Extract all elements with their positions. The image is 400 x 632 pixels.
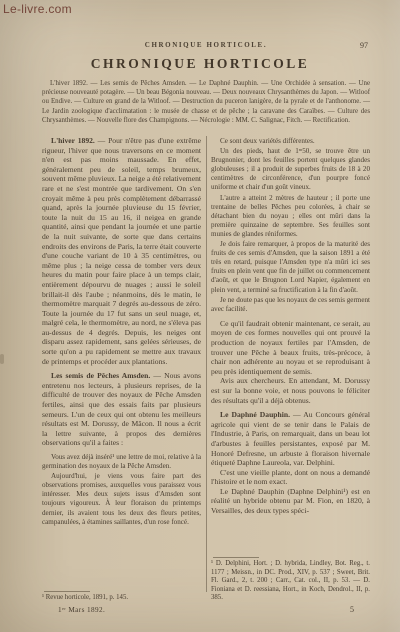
quoted-letter-paragraph: Ce sont deux variétés différentes. — [211, 137, 370, 146]
page-title: CHRONIQUE HORTICOLE — [0, 56, 400, 72]
column-divider-rule — [206, 136, 207, 592]
footnote-right: ¹ D. Delphini, Hort. ; D. hybrida, Lindl… — [211, 560, 370, 603]
paragraph-hiver: L'hiver 1892. — Pour n'être pas d'une ex… — [42, 136, 201, 366]
left-column: L'hiver 1892. — Pour n'être pas d'une ex… — [42, 136, 201, 614]
printer-signature-mark: 5 — [211, 605, 370, 614]
running-head-title: CHRONIQUE HORTICOLE. — [145, 41, 267, 49]
right-column: Ce sont deux variétés différentes. Un de… — [211, 136, 370, 614]
two-column-text: L'hiver 1892. — Pour n'être pas d'une ex… — [42, 136, 370, 614]
paragraph-hybride: Le Daphné Dauphin (Daphne Delphini¹) est… — [211, 487, 370, 516]
left-column-footer: ¹ Revue horticole, 1891, p. 145. 1ᵉʳ Mar… — [42, 588, 201, 614]
left-column-body: L'hiver 1892. — Pour n'être pas d'une ex… — [42, 136, 201, 588]
issue-dateline: 1ᵉʳ Mars 1892. — [42, 606, 201, 614]
scan-artifact — [0, 354, 4, 364]
quoted-letter-paragraph: Un des pieds, haut de 1ᵐ50, se trouve êt… — [211, 147, 370, 192]
quoted-letter-paragraph: Aujourd'hui, je viens vous faire part de… — [42, 472, 201, 527]
right-column-body: Ce sont deux variétés différentes. Un de… — [211, 136, 370, 554]
paragraph-lead-hiver: L'hiver 1892. — [51, 136, 95, 145]
right-column-footer: ¹ D. Delphini, Hort. ; D. hybrida, Lindl… — [211, 554, 370, 614]
page-number: 97 — [360, 41, 368, 50]
paragraph-daphne: Le Daphné Dauphin. — Au Concours général… — [211, 410, 370, 468]
paragraph-lead-daphne: Le Daphné Dauphin. — [220, 410, 290, 419]
paragraph-semis: Les semis de Pêches Amsden. — Nous avons… — [42, 371, 201, 448]
quoted-letter-paragraph: L'autre a atteint 2 mètres de hauteur ; … — [211, 194, 370, 239]
watermark-text: Le-livre.com — [3, 2, 72, 16]
quoted-letter-paragraph: Je dois faire remarquer, à propos de la … — [211, 240, 370, 295]
paragraph-text-semis: — Nous avons entretenu nos lecteurs, à p… — [42, 371, 201, 447]
footnote-separator — [213, 557, 259, 558]
paragraph-text-hiver: — Pour n'être pas d'une extrême rigueur,… — [42, 136, 201, 366]
footnote-left: ¹ Revue horticole, 1891, p. 145. — [42, 594, 201, 603]
paragraph-lead-semis: Les semis de Pêches Amsden. — [51, 371, 150, 380]
quoted-letter-paragraph: Vous avez déjà inséré¹ une lettre de moi… — [42, 453, 201, 471]
running-head: CHRONIQUE HORTICOLE. 97 — [42, 41, 370, 53]
footnote-separator — [44, 591, 90, 592]
paragraph-obtenir: Ce qu'il faudrait obtenir maintenant, ce… — [211, 319, 370, 377]
quoted-letter-paragraph: Je ne doute pas que les noyaux de ces se… — [211, 296, 370, 314]
scanned-page: Le-livre.com CHRONIQUE HORTICOLE. 97 CHR… — [0, 0, 400, 632]
paragraph-avis: Avis aux chercheurs. En attendant, M. Do… — [211, 376, 370, 405]
paragraph-vieille-plante: C'est une vieille plante, dont on nous a… — [211, 468, 370, 487]
article-summary: L'hiver 1892. — Les semis de Pêches Amsd… — [42, 79, 370, 125]
